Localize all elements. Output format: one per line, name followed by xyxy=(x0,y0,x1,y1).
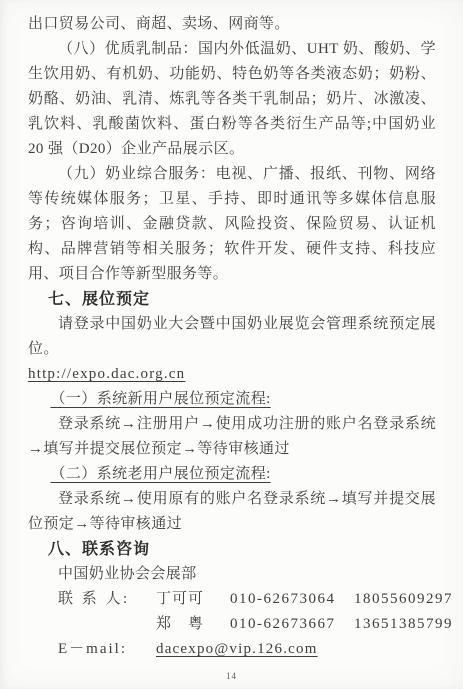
section-7-intro-text: 请登录中国奶业大会暨中国奶业展览会管理系统预定展位。 xyxy=(28,312,436,362)
contact-1-mobile: 18055609297 xyxy=(354,587,453,612)
contact-1-telephone: 010-62673064 xyxy=(230,587,354,612)
email-label: E－mail: xyxy=(58,637,156,662)
page-number: 14 xyxy=(0,670,463,682)
flow-new-user-steps: 登录系统→注册用户→使用成功注册的账户名登录系统→填写并提交展位预定→等待审核通… xyxy=(28,412,436,462)
contact-row-2: 郑 粤 010-62673667 13651385799 xyxy=(28,612,436,637)
section-7-heading-booth-reservation: 七、展位预定 xyxy=(28,287,436,312)
contact-1-name: 丁可可 xyxy=(156,587,230,612)
subheading-old-user-flow: （二）系统老用户展位预定流程: xyxy=(51,466,271,482)
contact-person-label: 联 系 人: xyxy=(58,587,156,612)
subheading-old-user-line: （二）系统老用户展位预定流程: xyxy=(28,462,436,487)
contact-2-mobile: 13651385799 xyxy=(354,612,453,637)
email-row: E－mail: dacexpo@vip.126.com xyxy=(28,637,436,662)
paragraph-item-9-dairy-services: （九）奶业综合服务：电视、广播、报纸、刊物、网络等传统媒体服务；卫星、手持、即时… xyxy=(28,162,436,287)
document-page: 出口贸易公司、商超、卖场、网商等。 （八）优质乳制品：国内外低温奶、UHT 奶、… xyxy=(0,0,463,689)
paragraph-item-8-dairy-products: （八）优质乳制品：国内外低温奶、UHT 奶、酸奶、学生饮用奶、有机奶、功能奶、特… xyxy=(28,37,436,162)
paragraph-continuation: 出口贸易公司、商超、卖场、网商等。 xyxy=(28,12,436,37)
booking-system-url-link[interactable]: http://expo.dac.org.cn xyxy=(28,366,185,382)
contact-2-telephone: 010-62673667 xyxy=(230,612,354,637)
email-address-link[interactable]: dacexpo@vip.126.com xyxy=(156,637,318,662)
contact-row-1: 联 系 人: 丁可可 010-62673064 18055609297 xyxy=(28,587,436,612)
booking-url-line: http://expo.dac.org.cn xyxy=(28,362,436,387)
section-8-heading-contact: 八、联系咨询 xyxy=(28,537,436,562)
subheading-new-user-flow: （一）系统新用户展位预定流程: xyxy=(51,391,271,407)
subheading-new-user-line: （一）系统新用户展位预定流程: xyxy=(28,387,436,412)
contact-2-name: 郑 粤 xyxy=(156,612,230,637)
flow-old-user-steps: 登录系统→使用原有的账户名登录系统→填写并提交展位预定→等待审核通过 xyxy=(28,487,436,537)
organization-name: 中国奶业协会会展部 xyxy=(28,562,436,587)
